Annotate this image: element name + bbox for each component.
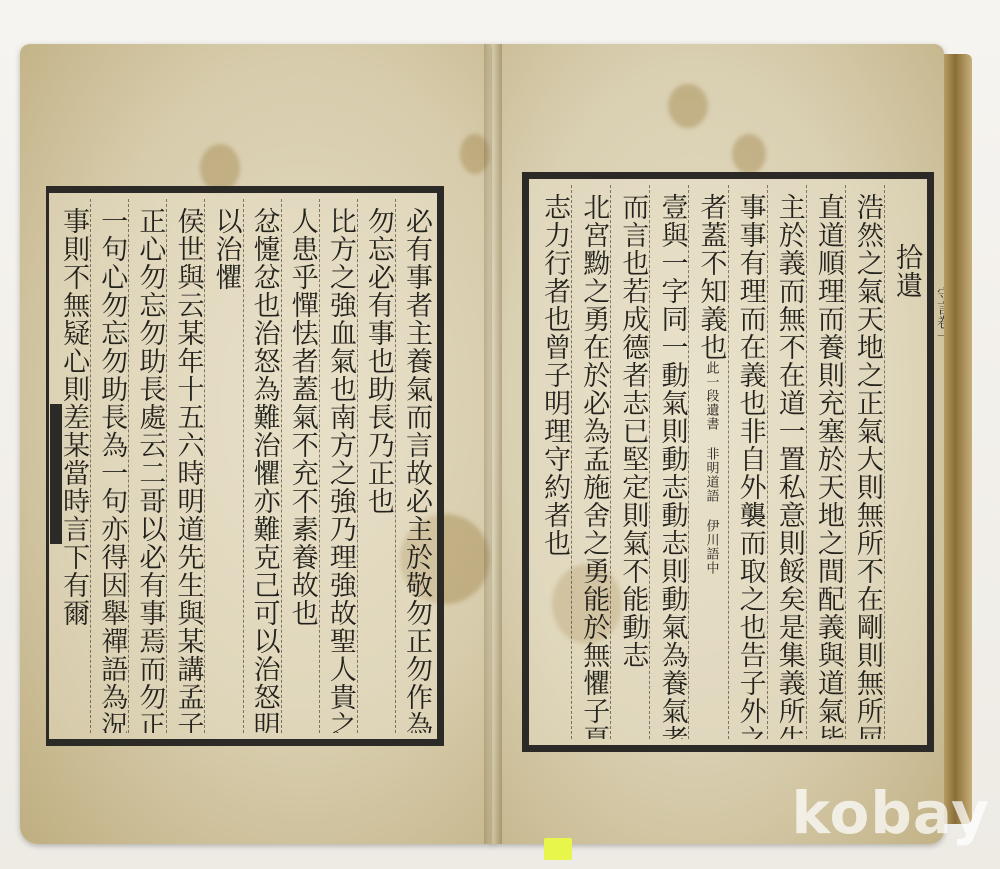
- watermark-logo: kobay: [791, 779, 990, 847]
- text-column: 比方之強血氣也南方之強乃理強故聖人貴之: [319, 199, 357, 733]
- page-edges: [944, 54, 972, 824]
- text-column: 北宮黝之勇在於必為孟施舍之勇能於無懼子夏篤: [571, 185, 610, 739]
- text-column: 壹與一字同一動氣則動志動志則動氣為養氣者: [649, 185, 688, 739]
- photo-background: 必有事者主養氣而言故必主於敬勿正勿作為也心 勿忘必有事也助長乃正也 比方之強血氣…: [0, 0, 1000, 869]
- fold-fishtail-mark: [50, 404, 62, 544]
- text-column: 志力行者也曾子明理守約者也: [533, 185, 571, 739]
- text-column: 侯世與云某年十五六時明道先生與某講孟子至勿: [166, 199, 204, 733]
- water-stain: [668, 84, 708, 128]
- section-heading: 拾遺: [884, 185, 923, 739]
- text-column: 浩然之氣天地之正氣大則無所不在剛則無所屈以: [845, 185, 884, 739]
- text-column-with-note: 者蓋不知義也此一段遺書 非明道語 伊川語中: [688, 185, 727, 739]
- text-column: 主於義而無不在道一置私意則餒矣是集義所生: [767, 185, 806, 739]
- text-column: 直道順理而養則充塞於天地之間配義與道氣皆: [806, 185, 845, 739]
- water-stain: [732, 134, 766, 174]
- text-column: 事事有理而在義也非自外襲而取之也告子外之: [728, 185, 767, 739]
- left-page: 必有事者主養氣而言故必主於敬勿正勿作為也心 勿忘必有事也助長乃正也 比方之強血氣…: [20, 44, 494, 844]
- yellow-sticky-tab: [544, 838, 572, 860]
- open-book: 必有事者主養氣而言故必主於敬勿正勿作為也心 勿忘必有事也助長乃正也 比方之強血氣…: [14, 44, 974, 856]
- text-column: 正心勿忘勿助長處云二哥以必有事焉而勿正為: [128, 199, 166, 733]
- right-page: 拾遺 浩然之氣天地之正氣大則無所不在剛則無所屈以 直道順理而養則充塞於天地之間配…: [492, 44, 944, 844]
- left-columns: 必有事者主養氣而言故必主於敬勿正勿作為也心 勿忘必有事也助長乃正也 比方之強血氣…: [53, 199, 433, 733]
- right-columns: 拾遺 浩然之氣天地之正氣大則無所不在剛則無所屈以 直道順理而養則充塞於天地之間配…: [533, 185, 923, 739]
- book-spine: [484, 44, 502, 844]
- text-column: 必有事者主養氣而言故必主於敬勿正勿作為也心: [395, 199, 433, 733]
- interlinear-note: 此一段遺書 非明道語 伊川語中: [704, 361, 719, 575]
- text-column: 而言也若成德者志已堅定則氣不能動志: [610, 185, 649, 739]
- text-column: 勿忘必有事也助長乃正也: [357, 199, 395, 733]
- water-stain: [200, 144, 240, 192]
- left-text-frame: 必有事者主養氣而言故必主於敬勿正勿作為也心 勿忘必有事也助長乃正也 比方之強血氣…: [46, 186, 444, 746]
- text-column: 忿懥忿也治怒為難治懼亦難克己可以治怒明理可: [243, 199, 281, 733]
- column-text: 者蓋不知義也: [696, 193, 727, 361]
- text-column: 一句心勿忘勿助長為一句亦得因舉禪語為況云: [90, 199, 128, 733]
- text-column: 以治懼: [204, 199, 242, 733]
- right-text-frame: 拾遺 浩然之氣天地之正氣大則無所不在剛則無所屈以 直道順理而養則充塞於天地之間配…: [522, 172, 934, 752]
- text-column: 人患乎憚怯者蓋氣不充不素養故也: [281, 199, 319, 733]
